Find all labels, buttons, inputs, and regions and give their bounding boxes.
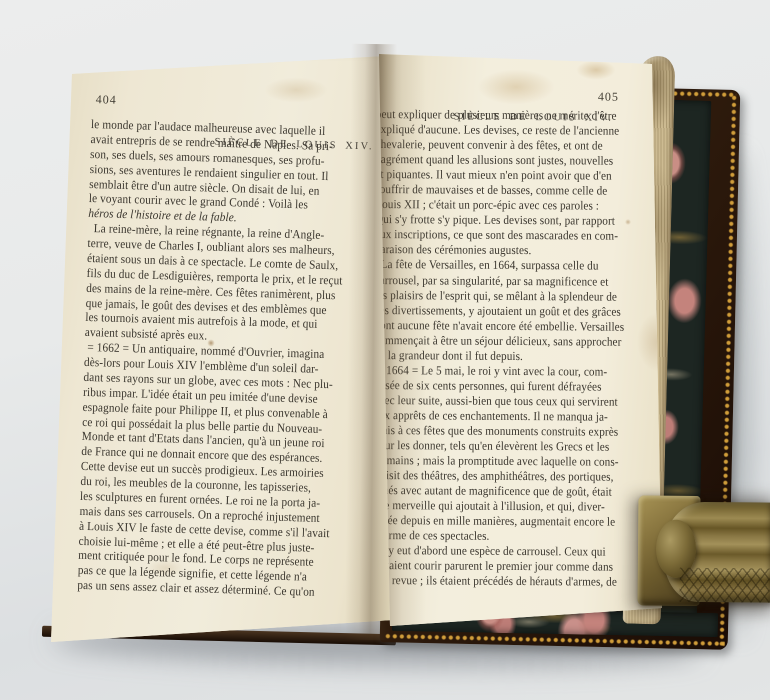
page-number: 404 (96, 92, 117, 108)
brass-clasp (633, 485, 770, 616)
page-number: 405 (598, 90, 619, 105)
book-gutter (345, 44, 397, 640)
clasp-engraving (680, 568, 770, 603)
book-photo: 404 SIÈCLE DE LOUIS XIV. le monde par l'… (0, 0, 770, 700)
right-page: SIÈCLE DE LOUIS XIV. 405 peut expliquer … (366, 42, 668, 634)
